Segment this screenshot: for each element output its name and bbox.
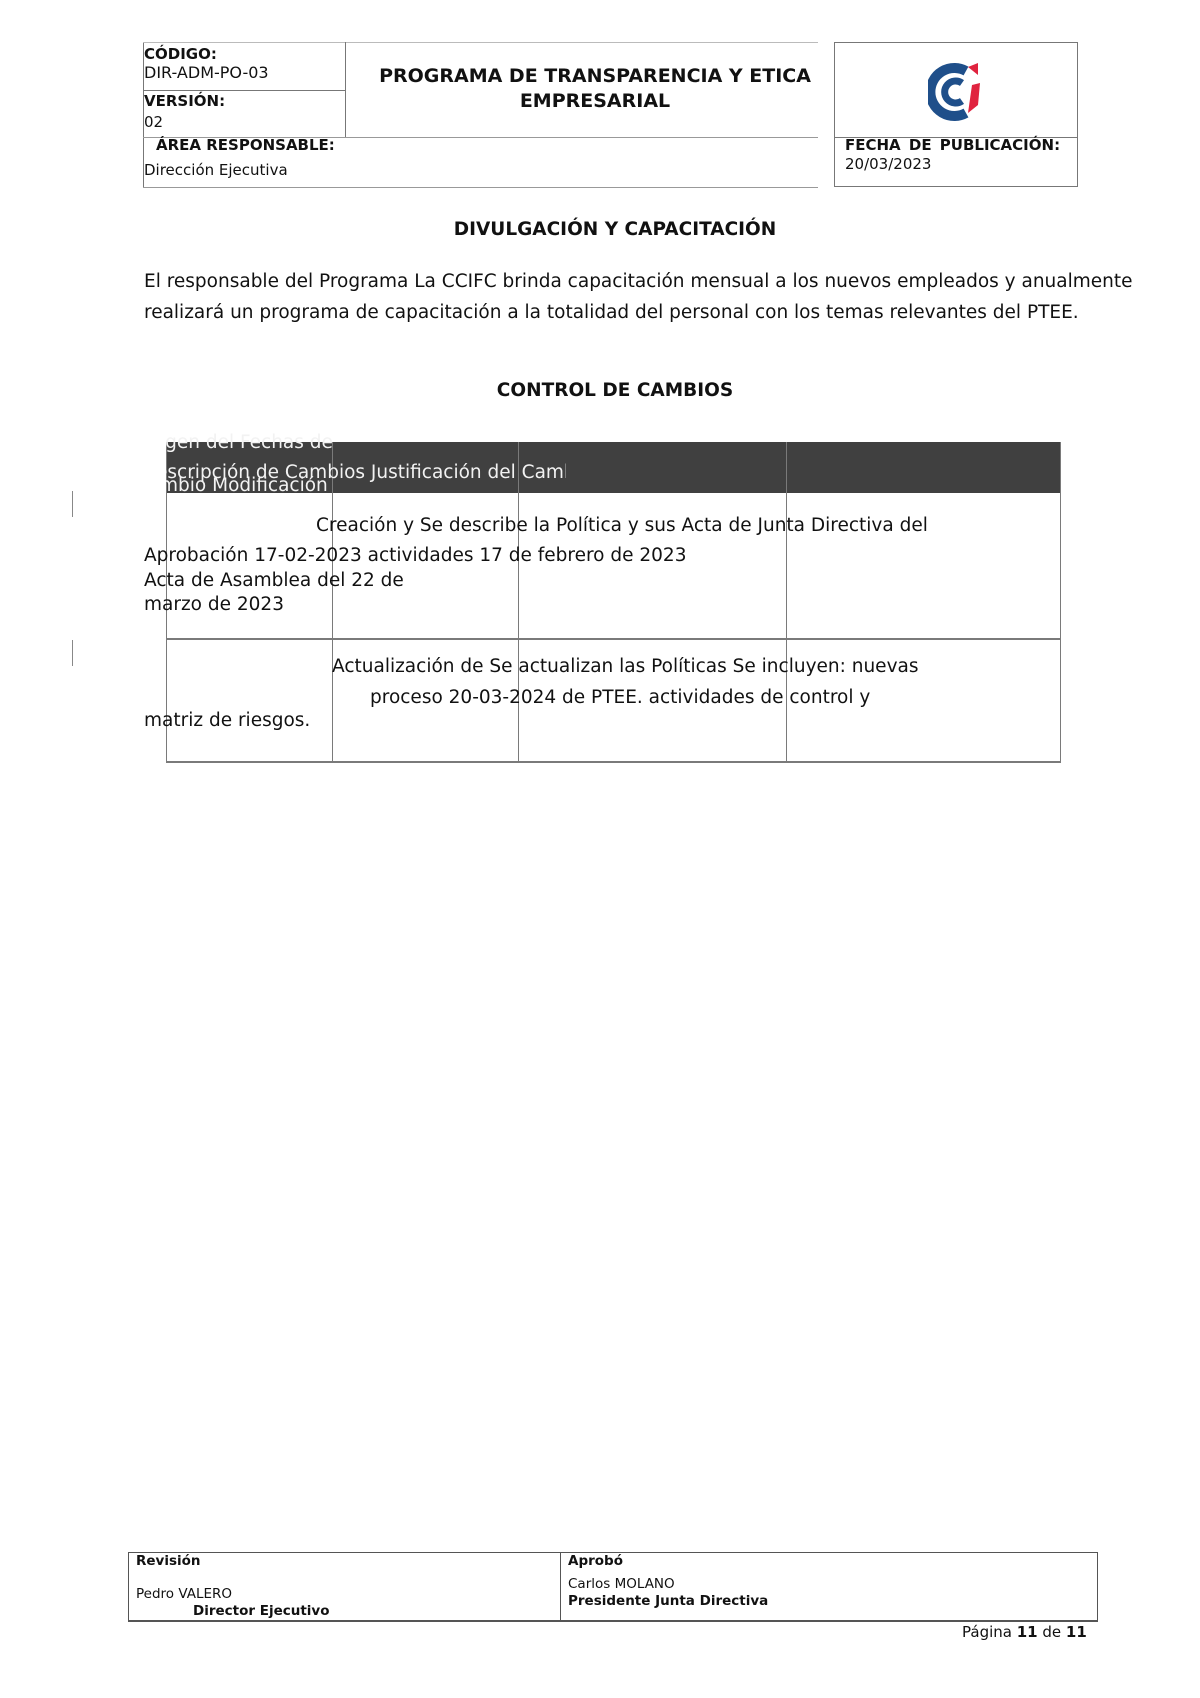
row-1-line-4: marzo de 2023	[144, 594, 284, 616]
table-header-line-1: igen del Fechas de	[166, 432, 333, 454]
paragraph-line: El responsable del Programa La CCIFC bri…	[144, 266, 1133, 297]
approve-role: Presidente Junta Directiva	[568, 1593, 768, 1610]
cci-logo-icon	[928, 61, 986, 123]
review-label: Revisión	[136, 1553, 201, 1570]
row-1-line-1: Creación y Se describe la Política y sus…	[316, 515, 928, 537]
code-value: DIR-ADM-PO-03	[144, 64, 269, 82]
row-2-line-2: proceso 20-03-2024 de PTEE. actividades …	[370, 687, 870, 709]
page-current: 11	[1017, 1623, 1038, 1641]
header-border	[143, 187, 818, 188]
title-line-2: EMPRESARIAL	[345, 89, 845, 114]
area-value: Dirección Ejecutiva	[144, 161, 288, 179]
table-border	[786, 442, 787, 762]
approve-name: Carlos MOLANO	[568, 1576, 675, 1593]
page-number: Página 11 de 11	[962, 1623, 1087, 1641]
publication-date-label: FECHA DE PUBLICACIÓN:	[845, 136, 1060, 154]
row-2-line-3: matriz de riesgos.	[144, 710, 310, 732]
section-title-divulgacion: DIVULGACIÓN Y CAPACITACIÓN	[0, 219, 1200, 240]
title-line-1: PROGRAMA DE TRANSPARENCIA Y ETICA	[345, 64, 845, 89]
version-value: 02	[144, 113, 163, 131]
approve-label: Aprobó	[568, 1553, 623, 1570]
document-title: PROGRAMA DE TRANSPARENCIA Y ETICA EMPRES…	[345, 64, 845, 114]
area-label: ÁREA RESPONSABLE:	[156, 136, 335, 154]
publication-date-value: 20/03/2023	[845, 155, 931, 173]
header-border	[143, 42, 818, 43]
row-2-line-1: Actualización de Se actualizan las Polít…	[332, 656, 919, 678]
paragraph-line: realizará un programa de capacitación a …	[144, 297, 1133, 328]
table-border	[166, 638, 1061, 640]
table-header-line-3: mbio Modificación	[166, 475, 328, 494]
row-1-line-2: Aprobación 17-02-2023 actividades 17 de …	[144, 545, 686, 567]
code-label: CÓDIGO:	[144, 45, 217, 63]
review-name: Pedro VALERO	[136, 1586, 232, 1603]
version-label: VERSIÓN:	[144, 92, 225, 110]
page-prefix: Página	[962, 1623, 1012, 1641]
page-total: 11	[1066, 1623, 1087, 1641]
table-border	[166, 761, 1061, 763]
section-title-control-cambios: CONTROL DE CAMBIOS	[0, 380, 1200, 401]
row-1-line-3: Acta de Asamblea del 22 de	[144, 570, 404, 592]
table-header-clip: igen del Fechas de escripción de Cambios…	[166, 430, 566, 494]
table-border	[1060, 442, 1061, 762]
review-role: Director Ejecutivo	[193, 1603, 330, 1620]
change-bar-mark	[72, 491, 73, 517]
header-border	[143, 90, 345, 91]
change-bar-mark	[72, 640, 73, 666]
page-separator: de	[1042, 1623, 1061, 1641]
footer-divider	[560, 1552, 561, 1622]
divulgacion-paragraph: El responsable del Programa La CCIFC bri…	[144, 266, 1133, 328]
